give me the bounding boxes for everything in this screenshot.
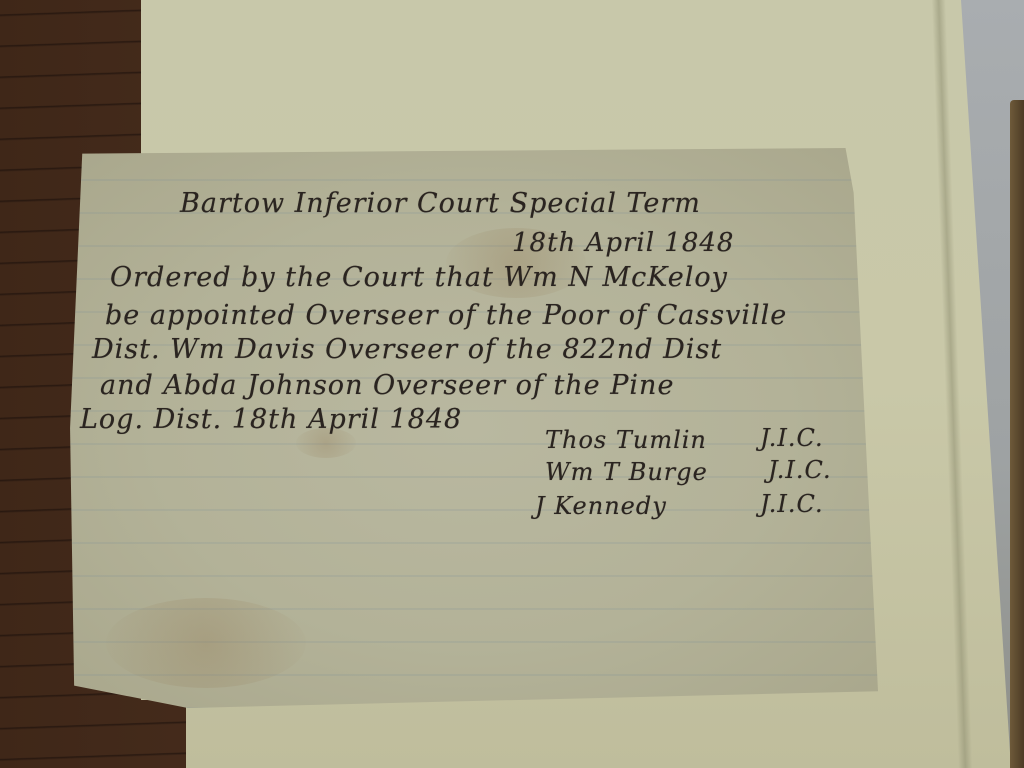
body-line: and Abda Johnson Overseer of the Pine xyxy=(100,370,674,401)
paper-stain xyxy=(106,598,306,688)
signature-name: J Kennedy xyxy=(535,492,667,520)
body-line: Log. Dist. 18th April 1848 xyxy=(80,404,462,435)
brown-folder-edge xyxy=(1010,100,1024,768)
body-line: be appointed Overseer of the Poor of Cas… xyxy=(105,300,787,331)
signature-title: J.I.C. xyxy=(760,424,824,452)
signature-name: Wm T Burge xyxy=(545,458,708,486)
document-date: 18th April 1848 xyxy=(512,228,734,258)
body-line: Ordered by the Court that Wm N McKeloy xyxy=(110,262,728,293)
body-line: Dist. Wm Davis Overseer of the 822nd Dis… xyxy=(92,334,722,365)
photo-scene: Bartow Inferior Court Special Term 18th … xyxy=(0,0,1024,768)
document-heading: Bartow Inferior Court Special Term xyxy=(180,188,701,219)
signature-name: Thos Tumlin xyxy=(545,426,707,454)
signature-title: J.I.C. xyxy=(760,490,824,518)
signature-title: J.I.C. xyxy=(768,456,832,484)
